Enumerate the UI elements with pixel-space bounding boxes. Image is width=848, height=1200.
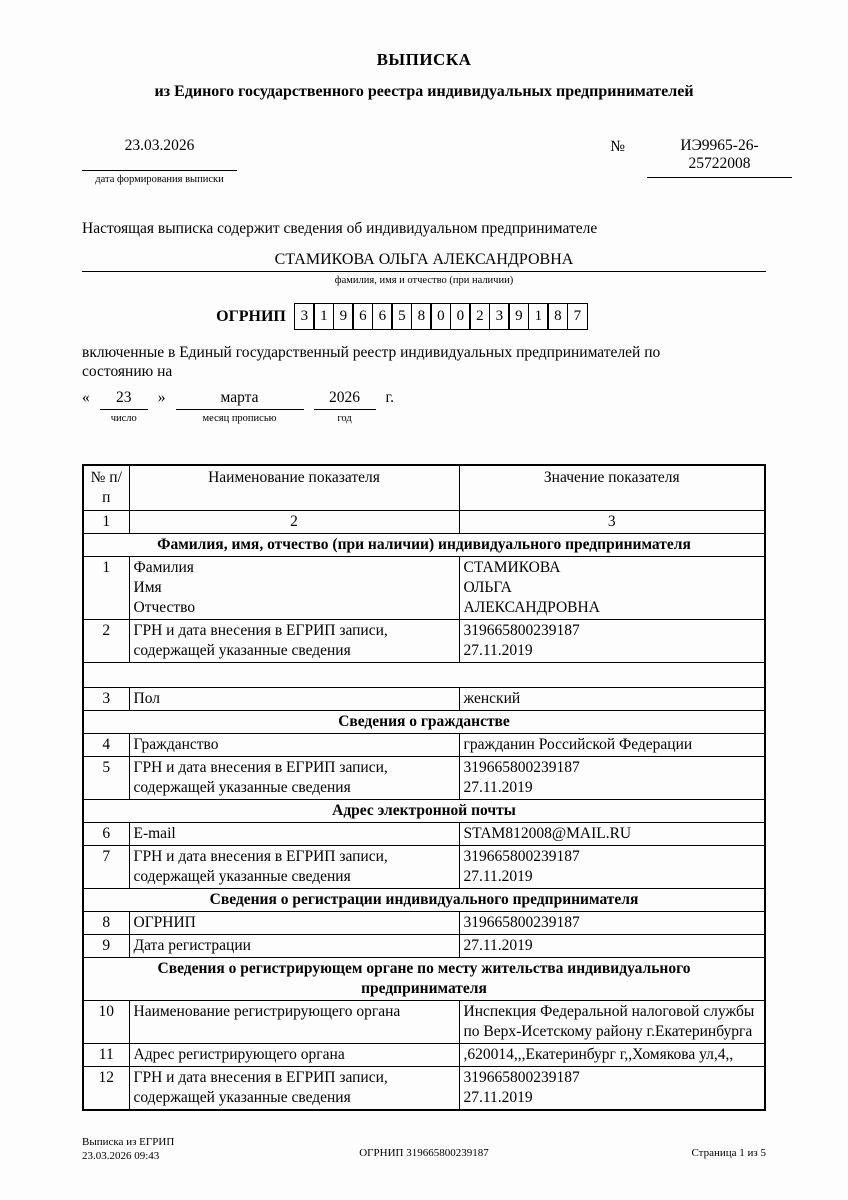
open-quote: « (82, 389, 90, 407)
indicator-value-cell: СТАМИКОВА ОЛЬГА АЛЕКСАНДРОВНА (459, 556, 765, 619)
row-number-cell: 7 (83, 845, 129, 888)
indicator-value-cell: 319665800239187 27.11.2019 (459, 845, 765, 888)
indicator-value-cell: 319665800239187 27.11.2019 (459, 756, 765, 799)
indicator-value-cell: 319665800239187 (459, 911, 765, 934)
as-of-date-line: « 23 число » марта месяц прописью 2026 г… (82, 389, 766, 424)
ogrnip-digit-box: 6 (372, 303, 393, 330)
indicators-table: № п/п Наименование показателя Значение п… (82, 464, 766, 1111)
section-row: Сведения о регистрирующем органе по мест… (83, 957, 765, 1000)
close-quote: » (158, 389, 166, 407)
year-field: 2026 год (314, 389, 376, 424)
extract-number-value: ИЭ9965-26- 25722008 (647, 137, 792, 178)
day-value: 23 (100, 389, 148, 410)
section-title: Сведения о гражданстве (83, 710, 765, 733)
indicator-value-cell: Инспекция Федеральной налоговой службы п… (459, 1000, 765, 1043)
ogrnip-digit-box: 6 (352, 303, 373, 330)
entrepreneur-name-caption: фамилия, имя и отчество (при наличии) (82, 272, 766, 286)
indicator-value-cell: гражданин Российской Федерации (459, 733, 765, 756)
footer-page-number: Страница 1 из 5 (691, 1147, 766, 1159)
colnum-3: 3 (459, 510, 765, 533)
row-number-cell: 12 (83, 1066, 129, 1110)
table-row: 5ГРН и дата внесения в ЕГРИП записи, сод… (83, 756, 765, 799)
section-title: Сведения о регистрирующем органе по мест… (83, 957, 765, 1000)
ogrnip-digit-box: 3 (294, 303, 315, 330)
ogrnip-digit-box: 3 (489, 303, 510, 330)
ogrnip-digit-boxes: 319665800239187 (294, 303, 588, 330)
ogrnip-digit-box: 5 (391, 303, 412, 330)
ogrnip-digit-box: 0 (450, 303, 471, 330)
section-row: Фамилия, имя, отчество (при наличии) инд… (83, 533, 765, 556)
header-cell-num: № п/п (83, 465, 129, 511)
row-number-cell: 9 (83, 934, 129, 957)
section-row: Адрес электронной почты (83, 799, 765, 822)
table-row: 11Адрес регистрирующего органа,620014,,,… (83, 1043, 765, 1066)
indicator-name-cell: ГРН и дата внесения в ЕГРИП записи, соде… (129, 1066, 459, 1110)
section-row: Сведения о гражданстве (83, 710, 765, 733)
document-title: ВЫПИСКА (82, 0, 766, 70)
formation-date-value: 23.03.2026 (82, 137, 237, 171)
table-header-row: № п/п Наименование показателя Значение п… (83, 465, 765, 511)
spacer-row (83, 662, 765, 687)
year-suffix: г. (386, 389, 394, 407)
document-content: ВЫПИСКА из Единого государственного реес… (82, 0, 766, 1111)
row-number-cell: 10 (83, 1000, 129, 1043)
table-row: 3Полженский (83, 687, 765, 710)
table-row: 7ГРН и дата внесения в ЕГРИП записи, сод… (83, 845, 765, 888)
colnum-2: 2 (129, 510, 459, 533)
indicator-name-cell: ГРН и дата внесения в ЕГРИП записи, соде… (129, 756, 459, 799)
indicator-value-cell: STAM812008@MAIL.RU (459, 822, 765, 845)
row-number-cell: 8 (83, 911, 129, 934)
indicator-value-cell: 319665800239187 27.11.2019 (459, 619, 765, 662)
row-number-cell: 1 (83, 556, 129, 619)
indicator-name-cell: ГРН и дата внесения в ЕГРИП записи, соде… (129, 619, 459, 662)
ogrnip-digit-box: 2 (469, 303, 490, 330)
section-row: Сведения о регистрации индивидуального п… (83, 888, 765, 911)
ogrnip-digit-box: 9 (333, 303, 354, 330)
row-number-cell: 5 (83, 756, 129, 799)
number-sign: № (610, 137, 625, 156)
indicator-name-cell: Пол (129, 687, 459, 710)
day-field: 23 число (100, 389, 148, 424)
footer-ogrnip: ОГРНИП 319665800239187 (82, 1147, 766, 1159)
section-title: Адрес электронной почты (83, 799, 765, 822)
spacer-cell (83, 662, 765, 687)
ogrnip-row: ОГРНИП 319665800239187 (60, 303, 744, 330)
header-cell-name: Наименование показателя (129, 465, 459, 511)
colnum-1: 1 (83, 510, 129, 533)
row-number-cell: 3 (83, 687, 129, 710)
table-row: 8ОГРНИП319665800239187 (83, 911, 765, 934)
meta-row: 23.03.2026 дата формирования выписки № И… (82, 137, 766, 185)
indicator-name-cell: Адрес регистрирующего органа (129, 1043, 459, 1066)
day-caption: число (100, 410, 148, 424)
indicator-name-cell: Гражданство (129, 733, 459, 756)
indicator-name-cell: Фамилия Имя Отчество (129, 556, 459, 619)
extract-number-block: № ИЭ9965-26- 25722008 (610, 137, 792, 178)
month-value: марта (176, 389, 304, 410)
ogrnip-label: ОГРНИП (216, 308, 286, 326)
ogrnip-digit-box: 8 (547, 303, 568, 330)
ogrnip-digit-box: 7 (567, 303, 588, 330)
document-subtitle: из Единого государственного реестра инди… (82, 83, 766, 101)
egrip-extract-page: ВЫПИСКА из Единого государственного реес… (0, 0, 848, 1200)
column-numbers-row: 1 2 3 (83, 510, 765, 533)
entrepreneur-name-block: СТАМИКОВА ОЛЬГА АЛЕКСАНДРОВНА фамилия, и… (82, 251, 766, 286)
table-row: 4Гражданствогражданин Российской Федерац… (83, 733, 765, 756)
ogrnip-digit-box: 0 (430, 303, 451, 330)
row-number-cell: 4 (83, 733, 129, 756)
year-caption: год (314, 410, 376, 424)
ogrnip-digit-box: 1 (528, 303, 549, 330)
ogrnip-digit-box: 9 (508, 303, 529, 330)
ogrnip-digit-box: 8 (411, 303, 432, 330)
indicator-value-cell: женский (459, 687, 765, 710)
ogrnip-digit-box: 1 (313, 303, 334, 330)
month-field: марта месяц прописью (176, 389, 304, 424)
included-text: включенные в Единый государственный реес… (82, 343, 766, 382)
formation-date-block: 23.03.2026 дата формирования выписки (82, 137, 237, 185)
table-row: 12ГРН и дата внесения в ЕГРИП записи, со… (83, 1066, 765, 1110)
indicator-name-cell: ГРН и дата внесения в ЕГРИП записи, соде… (129, 845, 459, 888)
section-title: Фамилия, имя, отчество (при наличии) инд… (83, 533, 765, 556)
row-number-cell: 11 (83, 1043, 129, 1066)
indicator-name-cell: E-mail (129, 822, 459, 845)
table-row: 10Наименование регистрирующего органаИнс… (83, 1000, 765, 1043)
section-title: Сведения о регистрации индивидуального п… (83, 888, 765, 911)
table-row: 9Дата регистрации27.11.2019 (83, 934, 765, 957)
intro-text: Настоящая выписка содержит сведения об и… (82, 220, 766, 238)
indicator-value-cell: 319665800239187 27.11.2019 (459, 1066, 765, 1110)
entrepreneur-name: СТАМИКОВА ОЛЬГА АЛЕКСАНДРОВНА (82, 251, 766, 272)
year-value: 2026 (314, 389, 376, 410)
formation-date-caption: дата формирования выписки (82, 171, 237, 185)
row-number-cell: 6 (83, 822, 129, 845)
indicator-value-cell: ,620014,,,Екатеринбург г,,Хомякова ул,4,… (459, 1043, 765, 1066)
month-caption: месяц прописью (176, 410, 304, 424)
header-cell-value: Значение показателя (459, 465, 765, 511)
indicator-name-cell: Дата регистрации (129, 934, 459, 957)
table-row: 6E-mailSTAM812008@MAIL.RU (83, 822, 765, 845)
row-number-cell: 2 (83, 619, 129, 662)
indicator-name-cell: Наименование регистрирующего органа (129, 1000, 459, 1043)
table-row: 2ГРН и дата внесения в ЕГРИП записи, сод… (83, 619, 765, 662)
indicator-value-cell: 27.11.2019 (459, 934, 765, 957)
indicator-name-cell: ОГРНИП (129, 911, 459, 934)
table-row: 1Фамилия Имя ОтчествоСТАМИКОВА ОЛЬГА АЛЕ… (83, 556, 765, 619)
